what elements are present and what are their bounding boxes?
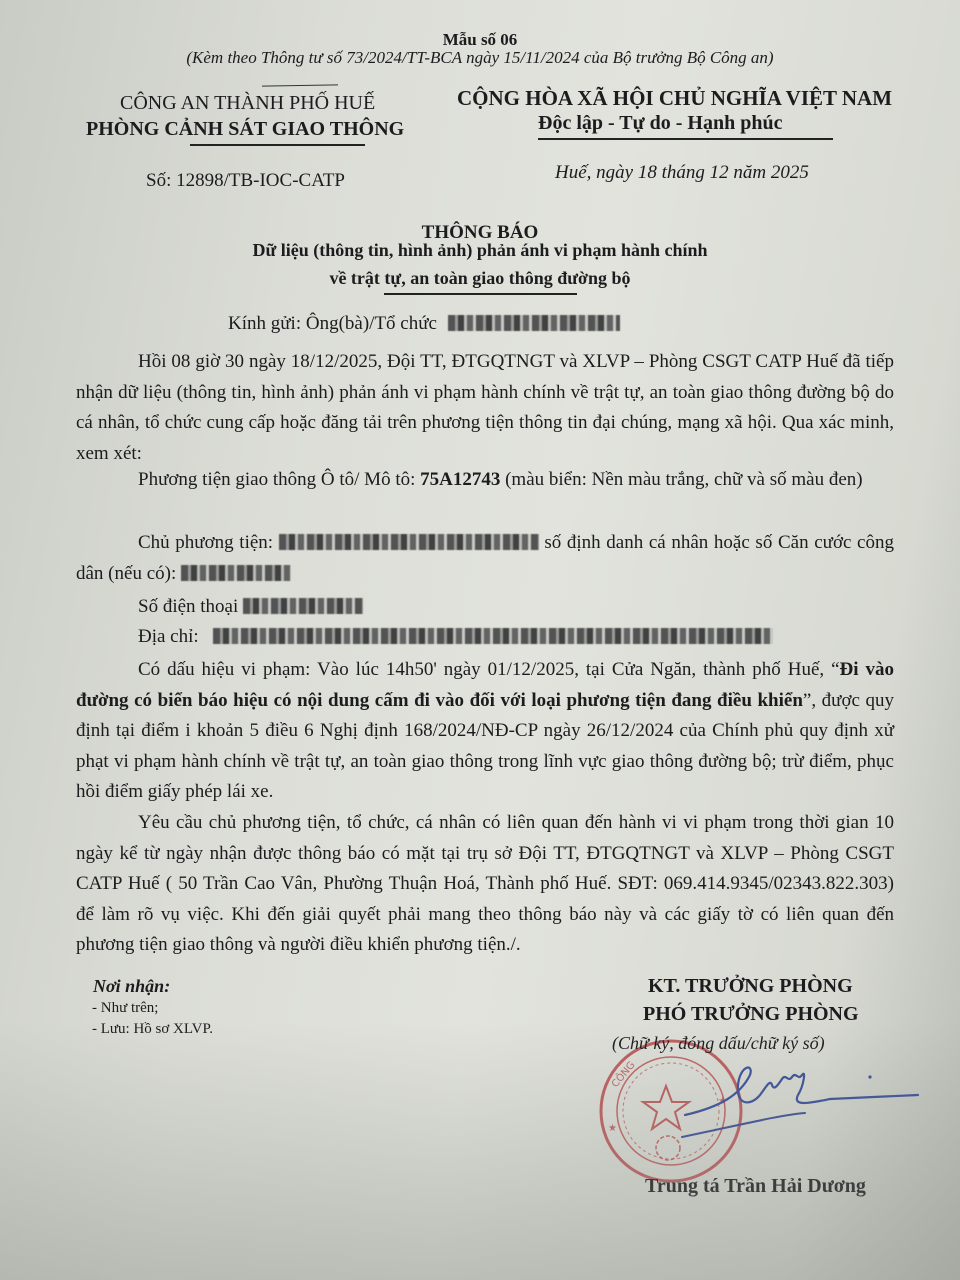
- vehicle-plate-color: (màu biển: Nền màu trắng, chữ và số màu …: [500, 469, 862, 490]
- violation-prefix: Có dấu hiệu vi phạm: Vào lúc 14h50' ngày…: [138, 659, 840, 680]
- owner-label: Chủ phương tiện:: [138, 532, 273, 553]
- recipient-label: Kính gửi: Ông(bà)/Tổ chức: [228, 313, 437, 334]
- place-date: Huế, ngày 18 tháng 12 năm 2025: [555, 162, 809, 184]
- document-subtitle-2: về trật tự, an toàn giao thông đường bộ: [0, 268, 960, 289]
- recipient-line: Kính gửi: Ông(bà)/Tổ chức: [228, 313, 620, 335]
- owner-id-redacted: [181, 565, 291, 581]
- recipient-redacted: [448, 315, 620, 331]
- notice-document: Mẫu số 06 (Kèm theo Thông tư số 73/2024/…: [0, 0, 960, 1280]
- signer-name: Trung tá Trần Hải Dương: [645, 1175, 866, 1198]
- document-subtitle-1: Dữ liệu (thông tin, hình ảnh) phản ánh v…: [0, 240, 960, 261]
- signer-title: KT. TRƯỞNG PHÒNG: [648, 975, 853, 998]
- motto-underline: [538, 138, 833, 140]
- national-motto: Độc lập - Tự do - Hạnh phúc: [538, 112, 782, 135]
- intro-paragraph: Hồi 08 giờ 30 ngày 18/12/2025, Đội TT, Đ…: [76, 347, 894, 469]
- reference-divider: [262, 84, 338, 86]
- issuer-department: PHÒNG CẢNH SÁT GIAO THÔNG: [86, 118, 404, 141]
- form-number: Mẫu số 06: [0, 30, 960, 50]
- phone-redacted: [243, 598, 363, 614]
- recipients-label: Nơi nhận:: [93, 976, 170, 997]
- address-label: Địa chỉ:: [138, 626, 199, 647]
- phone-line: Số điện thoại: [76, 592, 894, 623]
- form-reference: (Kèm theo Thông tư số 73/2024/TT-BCA ngà…: [0, 48, 960, 68]
- address-line: Địa chỉ:: [76, 622, 894, 653]
- vehicle-paragraph: Phương tiện giao thông Ô tô/ Mô tô: 75A1…: [76, 465, 894, 496]
- svg-text:★: ★: [608, 1123, 617, 1134]
- recipients-item: - Lưu: Hồ sơ XLVP.: [92, 1021, 213, 1038]
- national-title: CỘNG HÒA XÃ HỘI CHỦ NGHĨA VIỆT NAM: [457, 86, 892, 111]
- signature-icon: [680, 1055, 920, 1145]
- vehicle-plate: 75A12743: [420, 469, 500, 490]
- address-redacted: [213, 628, 773, 644]
- issuer-authority: CÔNG AN THÀNH PHỐ HUẾ: [120, 92, 375, 115]
- issuer-underline: [190, 144, 365, 146]
- phone-label: Số điện thoại: [138, 596, 238, 617]
- violation-paragraph: Có dấu hiệu vi phạm: Vào lúc 14h50' ngày…: [76, 655, 894, 808]
- document-number: Số: 12898/TB-IOC-CATP: [146, 170, 345, 192]
- signature-note: (Chữ ký, đóng dấu/chữ ký số): [612, 1033, 825, 1054]
- title-underline: [384, 293, 577, 295]
- recipients-item: - Như trên;: [92, 1000, 158, 1017]
- vehicle-label: Phương tiện giao thông Ô tô/ Mô tô:: [138, 469, 420, 490]
- request-paragraph: Yêu cầu chủ phương tiện, tổ chức, cá nhâ…: [76, 808, 894, 961]
- signer-position: PHÓ TRƯỞNG PHÒNG: [643, 1003, 859, 1026]
- owner-paragraph: Chủ phương tiện: số định danh cá nhân ho…: [76, 528, 894, 589]
- owner-name-redacted: [279, 534, 539, 550]
